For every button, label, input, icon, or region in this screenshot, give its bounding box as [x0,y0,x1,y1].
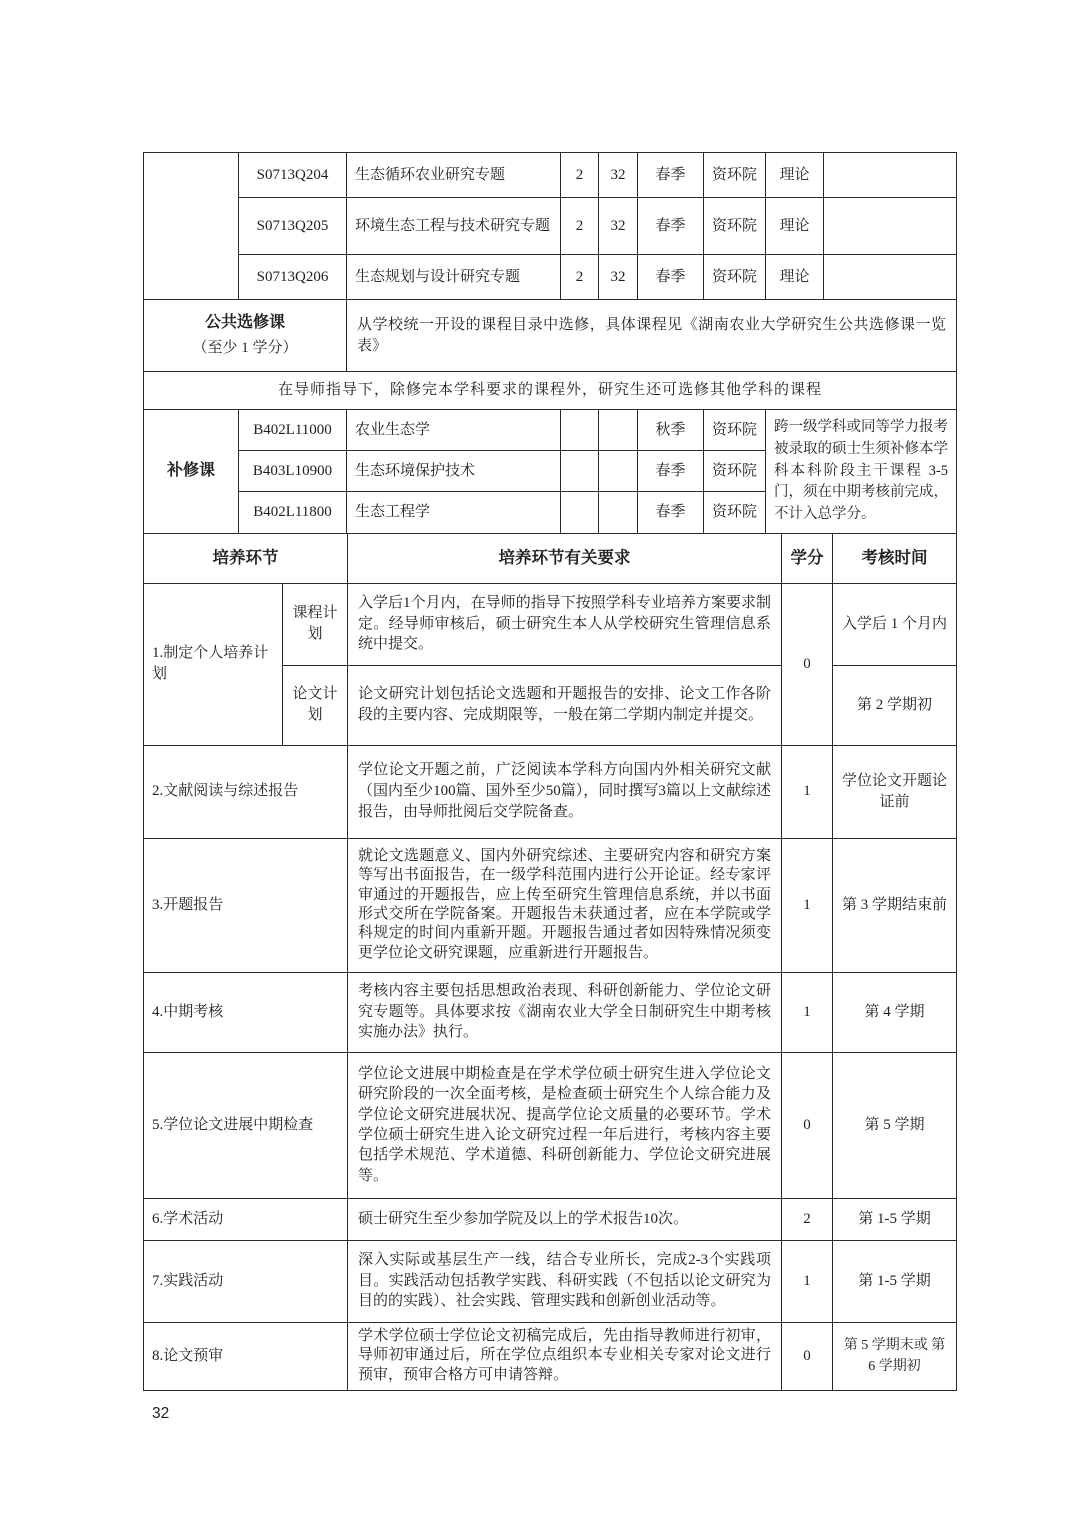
segment-time: 第 4 学期 [833,972,957,1052]
segment-credit: 1 [782,745,833,838]
course-semester: 春季 [638,153,704,198]
cross-discipline-note-row: 在导师指导下，除修完本学科要求的课程外，研究生还可选修其他学科的课程 [144,372,957,410]
page-number: 32 [152,1405,169,1423]
course-name: 生态规划与设计研究专题 [347,255,561,300]
course-remark [824,255,957,300]
course-remark [824,153,957,198]
cross-discipline-note: 在导师指导下，除修完本学科要求的课程外，研究生还可选修其他学科的课程 [144,372,957,410]
course-school: 资环院 [704,451,766,492]
course-semester: 春季 [638,198,704,255]
segment-time: 第 1-5 学期 [833,1240,957,1322]
public-elective-row: 公共选修课 （至少 1 学分） 从学校统一开设的课程目录中选修，具体课程见《湖南… [144,300,957,372]
course-code: S0713Q204 [239,153,347,198]
segment-label: 6.学术活动 [144,1198,348,1240]
course-name: 生态工程学 [347,492,561,534]
course-type: 理论 [766,153,824,198]
course-row: S0713Q204 生态循环农业研究专题 2 32 春季 资环院 理论 [144,153,957,198]
course-code: B402L11000 [239,410,347,451]
course-name: 环境生态工程与技术研究专题 [347,198,561,255]
segment-credit: 0 [782,1322,833,1390]
course-hours: 32 [599,198,638,255]
training-plan-tables: S0713Q204 生态循环农业研究专题 2 32 春季 资环院 理论 S071… [143,152,956,1391]
training-row: 1.制定个人培养计划 课程计划 入学后1个月内，在导师的指导下按照学科专业培养方… [144,583,957,665]
segment-requirement: 就论文选题意义、国内外研究综述、主要研究内容和研究方案等写出书面报告，在一级学科… [348,838,782,972]
public-elective-label-cell: 公共选修课 （至少 1 学分） [144,300,347,372]
course-name: 生态循环农业研究专题 [347,153,561,198]
segment-label: 5.学位论文进展中期检查 [144,1052,348,1198]
training-row: 5.学位论文进展中期检查 学位论文进展中期检查是在学术学位硕士研究生进入学位论文… [144,1052,957,1198]
segment-label: 3.开题报告 [144,838,348,972]
course-code: B402L11800 [239,492,347,534]
course-table: S0713Q204 生态循环农业研究专题 2 32 春季 资环院 理论 S071… [143,152,957,534]
public-elective-desc: 从学校统一开设的课程目录中选修，具体课程见《湖南农业大学研究生公共选修课一览表》 [347,300,957,372]
segment-credit: 1 [782,972,833,1052]
segment-requirement: 硕士研究生至少参加学院及以上的学术报告10次。 [348,1198,782,1240]
course-semester: 春季 [638,451,704,492]
course-school: 资环院 [704,492,766,534]
segment-time: 入学后 1 个月内 [833,583,957,665]
course-hours [599,410,638,451]
segment-requirement: 学位论文开题之前，广泛阅读本学科方向国内外相关研究文献（国内至少100篇、国外至… [348,745,782,838]
training-row: 2.文献阅读与综述报告 学位论文开题之前，广泛阅读本学科方向国内外相关研究文献（… [144,745,957,838]
segment-label: 7.实践活动 [144,1240,348,1322]
segment-requirement: 学术学位硕士学位论文初稿完成后，先由指导教师进行初审，导师初审通过后，所在学位点… [348,1322,782,1390]
segment-time: 学位论文开题论证前 [833,745,957,838]
segment-credit: 2 [782,1198,833,1240]
segment-label: 4.中期考核 [144,972,348,1052]
segment-time: 第 5 学期末或 第 6 学期初 [833,1322,957,1390]
segment-sublabel: 课程计划 [283,583,348,665]
course-code: B403L10900 [239,451,347,492]
segment-sublabel: 论文计划 [283,665,348,745]
course-school: 资环院 [704,410,766,451]
course-row: S0713Q206 生态规划与设计研究专题 2 32 春季 资环院 理论 [144,255,957,300]
header-time: 考核时间 [833,533,957,583]
makeup-label: 补修课 [144,410,239,534]
header-segment: 培养环节 [144,533,348,583]
course-hours [599,451,638,492]
course-school: 资环院 [704,153,766,198]
segment-credit: 0 [782,1052,833,1198]
course-type: 理论 [766,198,824,255]
header-credit: 学分 [782,533,833,583]
training-row: 4.中期考核 考核内容主要包括思想政治表现、科研创新能力、学位论文研究专题等。具… [144,972,957,1052]
course-hours: 32 [599,153,638,198]
segment-credit: 1 [782,1240,833,1322]
course-code: S0713Q205 [239,198,347,255]
training-row: 3.开题报告 就论文选题意义、国内外研究综述、主要研究内容和研究方案等写出书面报… [144,838,957,972]
segment-time: 第 5 学期 [833,1052,957,1198]
public-elective-sublabel: （至少 1 学分） [150,338,340,359]
segment-label: 2.文献阅读与综述报告 [144,745,348,838]
training-header-row: 培养环节 培养环节有关要求 学分 考核时间 [144,533,957,583]
training-table: 培养环节 培养环节有关要求 学分 考核时间 1.制定个人培养计划 课程计划 入学… [143,533,957,1391]
course-category-cell [144,153,239,300]
course-credit [561,410,599,451]
segment-credit: 1 [782,838,833,972]
course-hours: 32 [599,255,638,300]
segment-requirement: 深入实际或基层生产一线，结合专业所长，完成2-3个实践项目。实践活动包括教学实践… [348,1240,782,1322]
segment-label: 1.制定个人培养计划 [144,583,283,745]
course-type: 理论 [766,255,824,300]
makeup-note: 跨一级学科或同等学力报考被录取的硕士生须补修本学科本科阶段主干课程 3-5 门，… [766,410,957,534]
segment-time: 第 1-5 学期 [833,1198,957,1240]
segment-credit: 0 [782,583,833,745]
course-remark [824,198,957,255]
training-row: 6.学术活动 硕士研究生至少参加学院及以上的学术报告10次。 2 第 1-5 学… [144,1198,957,1240]
segment-requirement: 论文研究计划包括论文选题和开题报告的安排、论文工作各阶段的主要内容、完成期限等，… [348,665,782,745]
course-code: S0713Q206 [239,255,347,300]
header-requirement: 培养环节有关要求 [348,533,782,583]
segment-requirement: 学位论文进展中期检查是在学术学位硕士研究生进入学位论文研究阶段的一次全面考核，是… [348,1052,782,1198]
public-elective-label: 公共选修课 [150,312,340,334]
course-school: 资环院 [704,255,766,300]
course-name: 生态环境保护技术 [347,451,561,492]
course-semester: 春季 [638,492,704,534]
course-credit: 2 [561,153,599,198]
course-credit: 2 [561,198,599,255]
segment-time: 第 3 学期结束前 [833,838,957,972]
course-row: S0713Q205 环境生态工程与技术研究专题 2 32 春季 资环院 理论 [144,198,957,255]
course-semester: 秋季 [638,410,704,451]
segment-label: 8.论文预审 [144,1322,348,1390]
document-page: { "page": { "number": "32" }, "course_ta… [0,0,1074,1520]
course-credit: 2 [561,255,599,300]
course-hours [599,492,638,534]
training-row: 8.论文预审 学术学位硕士学位论文初稿完成后，先由指导教师进行初审，导师初审通过… [144,1322,957,1390]
course-name: 农业生态学 [347,410,561,451]
course-credit [561,492,599,534]
segment-requirement: 入学后1个月内，在导师的指导下按照学科专业培养方案要求制定。经导师审核后，硕士研… [348,583,782,665]
segment-requirement: 考核内容主要包括思想政治表现、科研创新能力、学位论文研究专题等。具体要求按《湖南… [348,972,782,1052]
segment-time: 第 2 学期初 [833,665,957,745]
course-credit [561,451,599,492]
course-semester: 春季 [638,255,704,300]
training-row: 7.实践活动 深入实际或基层生产一线，结合专业所长，完成2-3个实践项目。实践活… [144,1240,957,1322]
course-school: 资环院 [704,198,766,255]
makeup-course-row: 补修课 B402L11000 农业生态学 秋季 资环院 跨一级学科或同等学力报考… [144,410,957,451]
